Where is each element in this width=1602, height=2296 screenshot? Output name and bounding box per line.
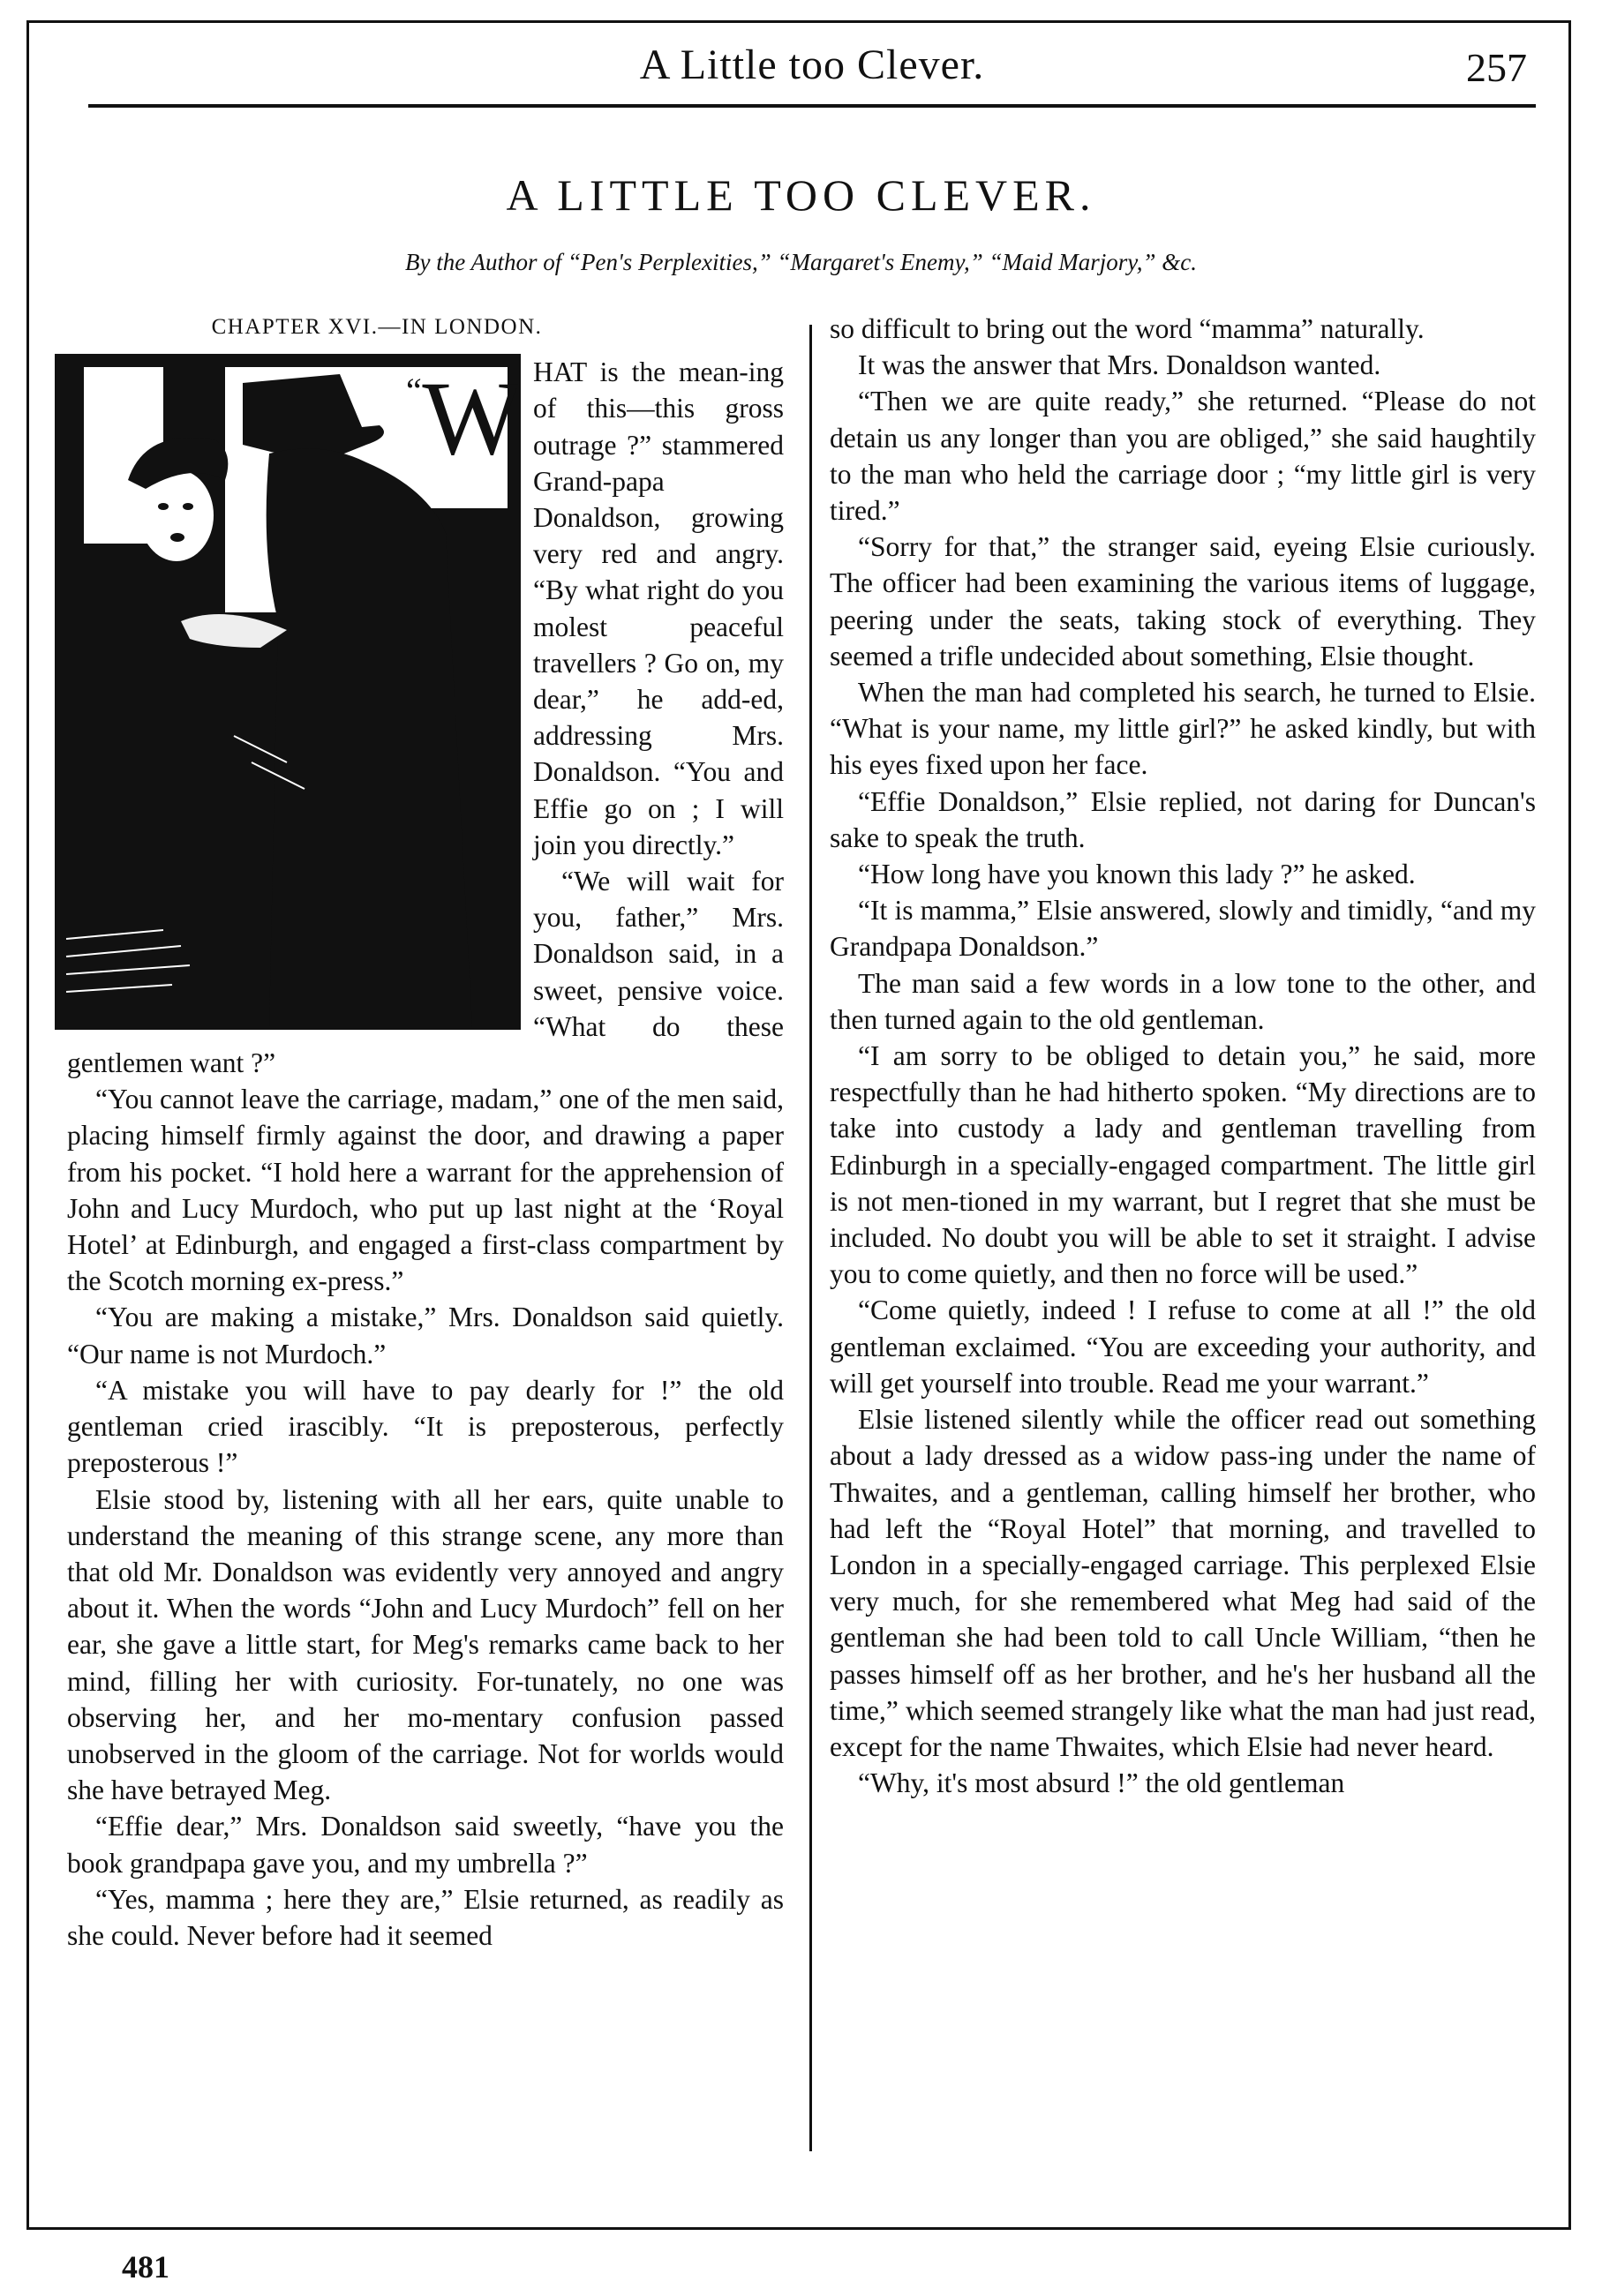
paragraph: “Yes, mamma ; here they are,” Elsie retu… bbox=[67, 1881, 784, 1954]
paragraph: “Effie dear,” Mrs. Donaldson said sweetl… bbox=[67, 1808, 784, 1880]
illustration-image: W “ bbox=[55, 354, 521, 1030]
folio-number: 481 bbox=[122, 2248, 169, 2285]
right-column: so difficult to bring out the word “mamm… bbox=[830, 311, 1536, 1801]
paragraph: When the man had completed his search, h… bbox=[830, 674, 1536, 784]
paragraph: Elsie stood by, listening with all her e… bbox=[67, 1482, 784, 1809]
paragraph: “You cannot leave the carriage, madam,” … bbox=[67, 1081, 784, 1299]
paragraph: “Effie Donaldson,” Elsie replied, not da… bbox=[830, 784, 1536, 856]
svg-text:“: “ bbox=[406, 371, 422, 410]
paragraph: “You are making a mistake,” Mrs. Donalds… bbox=[67, 1299, 784, 1371]
paragraph: “Why, it's most absurd !” the old gentle… bbox=[830, 1765, 1536, 1801]
paragraph: “It is mamma,” Elsie answered, slowly an… bbox=[830, 892, 1536, 964]
svg-text:W: W bbox=[422, 359, 518, 476]
column-divider bbox=[809, 325, 812, 2151]
chapter-heading: CHAPTER XVI.—IN LONDON. bbox=[67, 309, 784, 345]
paragraph: “How long have you known this lady ?” he… bbox=[830, 856, 1536, 892]
paragraph: Elsie listened silently while the office… bbox=[830, 1401, 1536, 1765]
paragraph: “I am sorry to be obliged to detain you,… bbox=[830, 1038, 1536, 1292]
engraving-illustration-icon: W “ bbox=[57, 356, 518, 1027]
article-title: A LITTLE TOO CLEVER. bbox=[0, 169, 1602, 221]
paragraph: “Come quietly, indeed ! I refuse to come… bbox=[830, 1292, 1536, 1401]
paragraph: so difficult to bring out the word “mamm… bbox=[830, 311, 1536, 347]
left-column: CHAPTER XVI.—IN LONDON. bbox=[67, 309, 784, 1954]
page-number: 257 bbox=[1466, 44, 1527, 91]
header-rule bbox=[88, 104, 1536, 108]
running-title: A Little too Clever. bbox=[88, 41, 1536, 89]
running-head: A Little too Clever. 257 bbox=[88, 35, 1536, 104]
byline: By the Author of “Pen's Perplexities,” “… bbox=[0, 249, 1602, 276]
paragraph: The man said a few words in a low tone t… bbox=[830, 965, 1536, 1038]
paragraph: “Sorry for that,” the stranger said, eye… bbox=[830, 529, 1536, 674]
paragraph: “A mistake you will have to pay dearly f… bbox=[67, 1372, 784, 1482]
paragraph: It was the answer that Mrs. Donaldson wa… bbox=[830, 347, 1536, 383]
paragraph: “Then we are quite ready,” she returned.… bbox=[830, 383, 1536, 529]
